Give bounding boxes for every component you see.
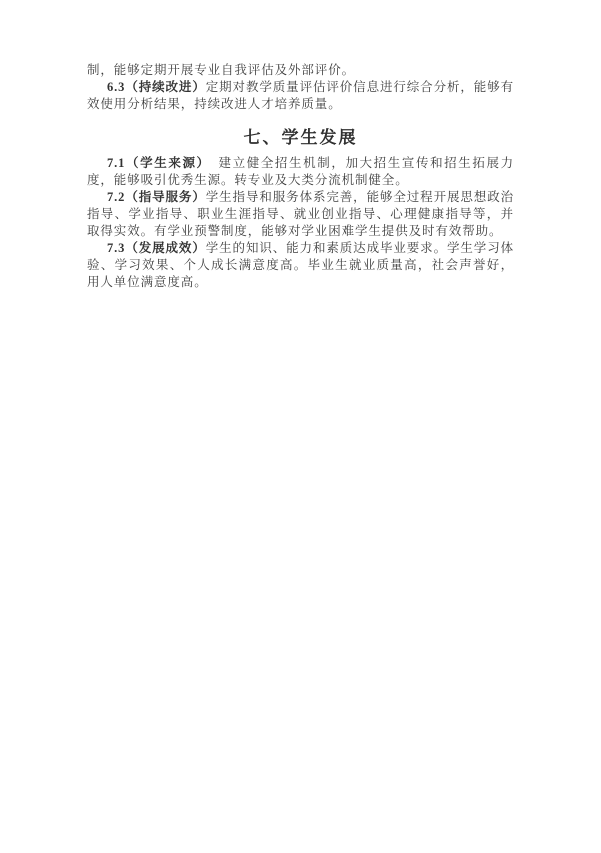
page-content: 制，能够定期开展专业自我评估及外部评价。 6.3（持续改进）定期对教学质量评估评… (87, 62, 514, 291)
paragraph-7-3: 7.3（发展成效）学生的知识、能力和素质达成毕业要求。学生学习体验、学习效果、个… (87, 240, 514, 291)
paragraph-6-2-continuation: 制，能够定期开展专业自我评估及外部评价。 (87, 62, 514, 79)
section-6-3-label: 6.3（持续改进） (107, 80, 206, 94)
document-page: 制，能够定期开展专业自我评估及外部评价。 6.3（持续改进）定期对教学质量评估评… (0, 0, 601, 853)
paragraph-7-1: 7.1（学生来源） 建立健全招生机制，加大招生宣传和招生拓展力度，能够吸引优秀生… (87, 155, 514, 189)
section-7-2-label: 7.2（指导服务） (107, 190, 206, 204)
chapter-heading: 七、学生发展 (87, 127, 514, 149)
paragraph-6-3: 6.3（持续改进）定期对教学质量评估评价信息进行综合分析，能够有效使用分析结果，… (87, 79, 514, 113)
section-7-3-label: 7.3（发展成效） (107, 241, 206, 255)
section-7-1-label: 7.1（学生来源） (107, 156, 204, 170)
paragraph-7-2: 7.2（指导服务）学生指导和服务体系完善，能够全过程开展思想政治指导、学业指导、… (87, 189, 514, 240)
